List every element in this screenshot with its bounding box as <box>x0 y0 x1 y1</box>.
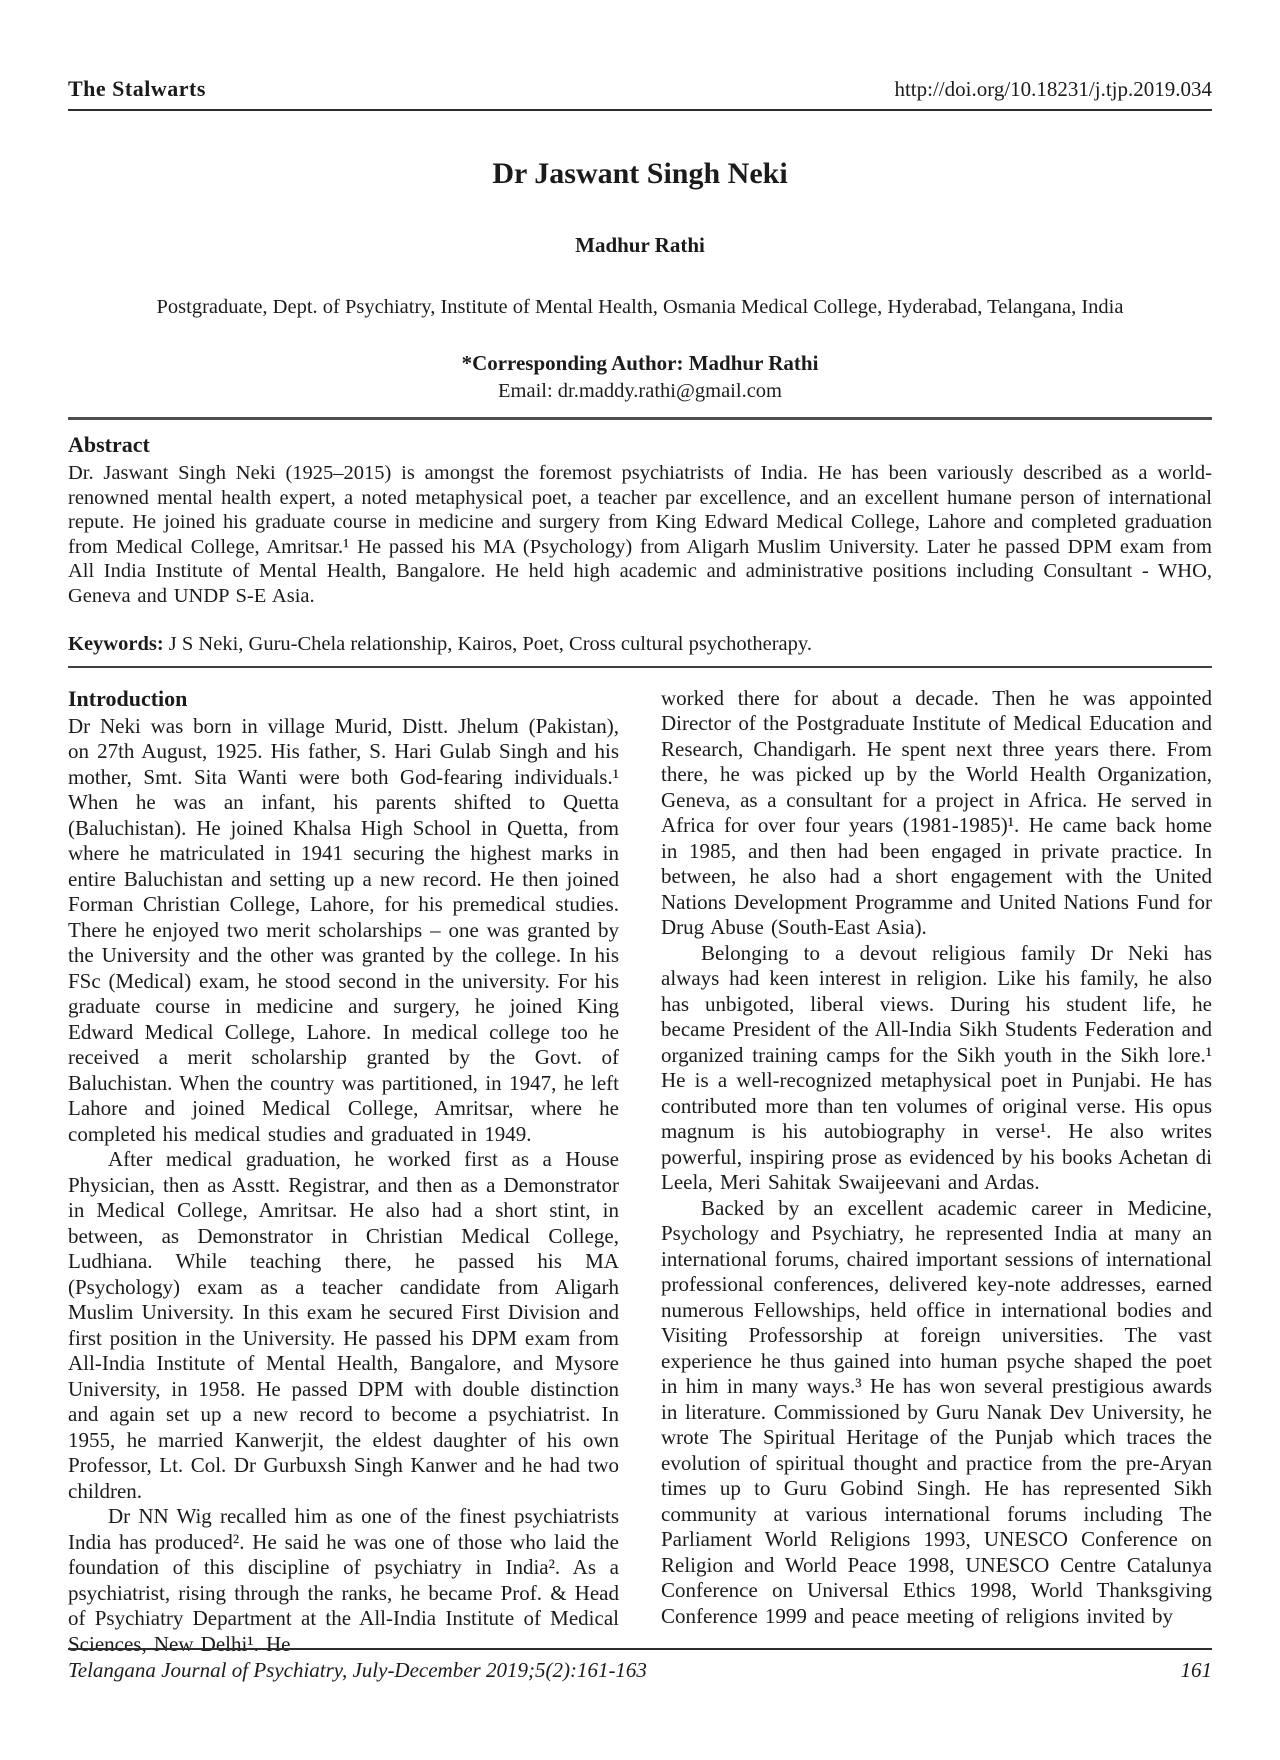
running-head-journal-name: The Stalwarts <box>68 76 206 102</box>
left-column: Introduction Dr Neki was born in village… <box>68 686 619 1658</box>
abstract-heading: Abstract <box>68 432 1212 458</box>
author-name: Madhur Rathi <box>68 233 1212 258</box>
corresponding-author: *Corresponding Author: Madhur Rathi <box>68 351 1212 376</box>
author-affiliation: Postgraduate, Dept. of Psychiatry, Insti… <box>68 296 1212 319</box>
body-paragraph: After medical graduation, he worked firs… <box>68 1147 619 1504</box>
body-top-rule <box>68 666 1212 668</box>
keywords-label: Keywords: <box>68 633 164 655</box>
article-title: Dr Jaswant Singh Neki <box>68 157 1212 191</box>
doi-link[interactable]: http://doi.org/10.18231/j.tjp.2019.034 <box>894 77 1212 102</box>
abstract-text: Dr. Jaswant Singh Neki (1925–2015) is am… <box>68 461 1212 609</box>
two-column-body: Introduction Dr Neki was born in village… <box>68 686 1212 1658</box>
running-head: The Stalwarts http://doi.org/10.18231/j.… <box>68 76 1212 111</box>
footer-journal-citation: Telangana Journal of Psychiatry, July-De… <box>68 1658 647 1683</box>
corresponding-email[interactable]: Email: dr.maddy.rathi@gmail.com <box>68 380 1212 403</box>
introduction-heading: Introduction <box>68 686 619 712</box>
paper-page: The Stalwarts http://doi.org/10.18231/j.… <box>0 0 1280 1760</box>
body-paragraph: Belonging to a devout religious family D… <box>661 941 1212 1196</box>
abstract-top-rule <box>68 417 1212 420</box>
page-footer: Telangana Journal of Psychiatry, July-De… <box>68 1648 1212 1683</box>
body-paragraph: worked there for about a decade. Then he… <box>661 686 1212 941</box>
right-column: worked there for about a decade. Then he… <box>661 686 1212 1658</box>
keywords-line: Keywords: J S Neki, Guru-Chela relations… <box>68 633 1212 656</box>
footer-page-number: 161 <box>1181 1658 1213 1683</box>
body-paragraph: Backed by an excellent academic career i… <box>661 1196 1212 1630</box>
keywords-text: J S Neki, Guru-Chela relationship, Kairo… <box>164 633 812 655</box>
body-paragraph: Dr NN Wig recalled him as one of the fin… <box>68 1504 619 1657</box>
body-paragraph: Dr Neki was born in village Murid, Distt… <box>68 714 619 1148</box>
